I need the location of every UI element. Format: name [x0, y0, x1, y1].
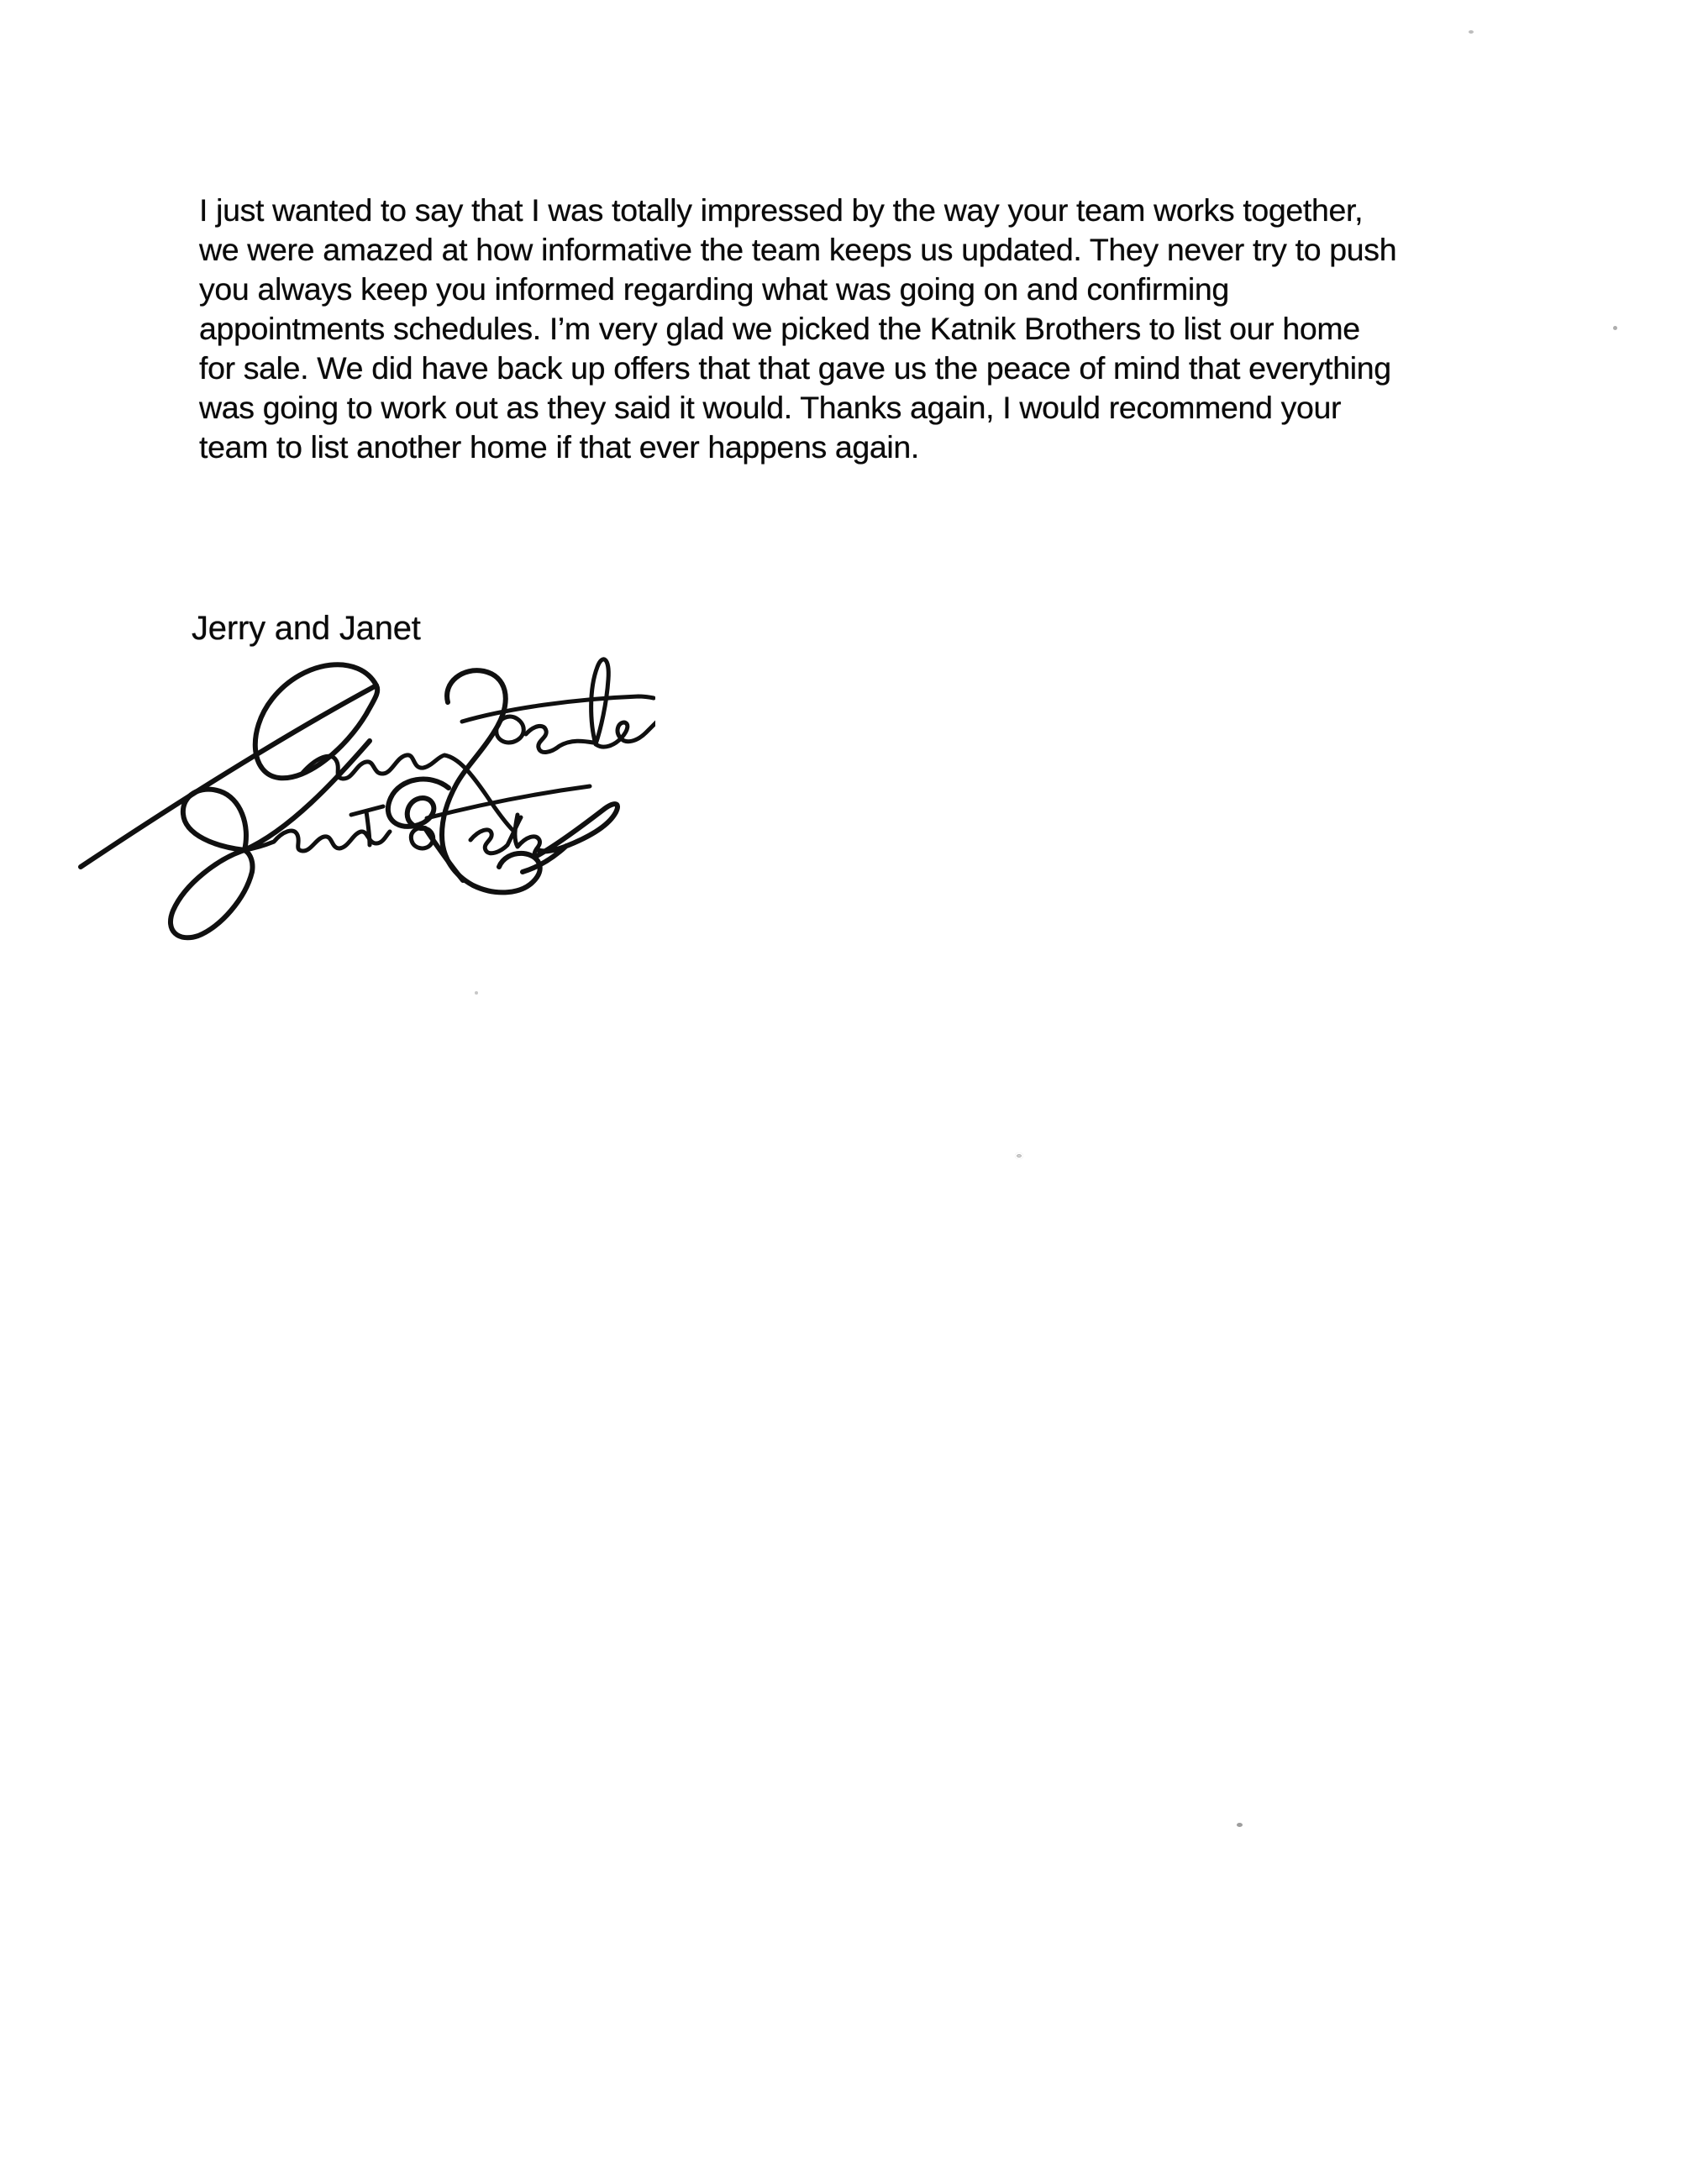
body-line: appointments schedules. I’m very glad we… — [199, 309, 1396, 349]
letter-body: I just wanted to say that I was totally … — [199, 191, 1396, 467]
signature-jerry-foster — [81, 659, 655, 893]
signature-janet-foster — [171, 741, 618, 937]
scan-speck — [1613, 326, 1617, 330]
letter-closing: Jerry and Janet — [192, 610, 421, 648]
body-line: you always keep you informed regarding w… — [199, 270, 1396, 309]
scan-speck — [1469, 30, 1474, 34]
scanned-letter-page: I just wanted to say that I was totally … — [0, 0, 1687, 2184]
body-line: I just wanted to say that I was totally … — [199, 191, 1396, 230]
scan-speck — [1015, 1152, 1023, 1159]
body-line: was going to work out as they said it wo… — [199, 388, 1396, 428]
scan-speck — [1237, 1823, 1243, 1827]
scan-speck — [475, 991, 478, 995]
body-line: for sale. We did have back up offers tha… — [199, 349, 1396, 388]
handwritten-signature — [50, 647, 655, 942]
body-line: we were amazed at how informative the te… — [199, 230, 1396, 270]
body-line: team to list another home if that ever h… — [199, 428, 1396, 467]
